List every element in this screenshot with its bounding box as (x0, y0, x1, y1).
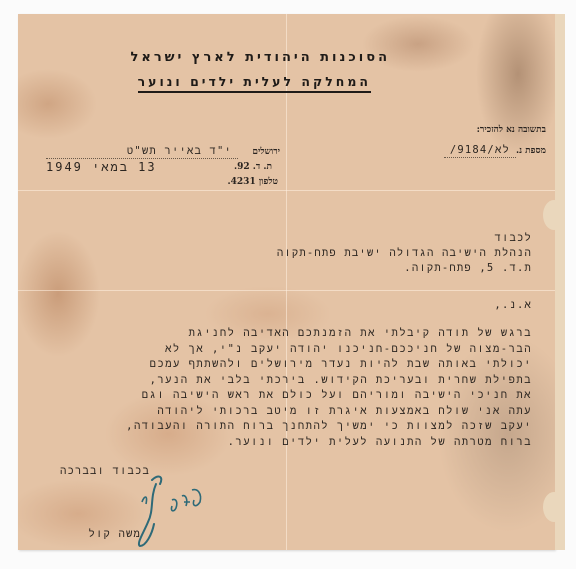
hebrew-date: י"ד באייר תש"ט (46, 145, 238, 159)
body-line-6: עתה אני שולח באמצעות איגרת זו מיטב ברכות… (157, 404, 532, 420)
paper-edge-strip (555, 14, 565, 550)
recipient-name: הנהלת הישיבה הגדולה ישיבת פתח-תקוה (277, 247, 532, 260)
po-box: ת. ד. 92. (234, 161, 272, 172)
body-line-5: את חניכי הישיבה ומוריהם ועל כולם את ראש … (142, 388, 532, 404)
letterhead-organization: הסוכנות היהודית לארץ ישראל (131, 50, 391, 65)
body-line-2: הבר-מצוה של חניככם-חניכנו יהודה יעקב נ"י… (165, 342, 532, 358)
letterhead-department: המחלקה לעלית ילדים ונוער (138, 74, 371, 93)
paper-notch-top (543, 200, 565, 230)
body-line-3: יכולתי באותה שבת להיות נעדר מירושלים ולה… (150, 357, 532, 373)
recipient-address: ת.ד. 5, פתח-תקוה. (404, 262, 532, 275)
fold-line (286, 14, 287, 550)
handwritten-signature (130, 472, 210, 552)
reference-number-row: מספת נ./9184/אל (444, 138, 546, 158)
body-line-1: ברגש של תודה קיבלתי את הזמנתכם האדיבה לח… (189, 326, 532, 342)
reference-number-value: /9184/אל (444, 144, 516, 158)
signer-typed-name: משה קול (88, 528, 141, 541)
body-line-7: יעקב שזכה למצוות כי ימשיך להתחנך ברוח הת… (126, 419, 532, 435)
body-line-8: ברוח מטרתה של התנועה לעלית ילדים ונוער. (228, 435, 532, 451)
recipient-salutation: לכבוד (494, 232, 532, 245)
paper-notch-bottom (543, 492, 565, 522)
greeting: א.נ., (494, 299, 532, 312)
gregorian-date: 13 במאי 1949 (46, 160, 157, 175)
reference-label: בתשובה נא להזכיר: (477, 124, 546, 135)
reference-number-label: מספת נ. (516, 146, 546, 156)
phone-number: טלפון 4231. (228, 176, 278, 187)
city-label: ירושלים (252, 146, 280, 157)
body-line-4: בתפילת שחרית ובעריכת הקידוש. בירכתי בלבי… (150, 373, 532, 389)
